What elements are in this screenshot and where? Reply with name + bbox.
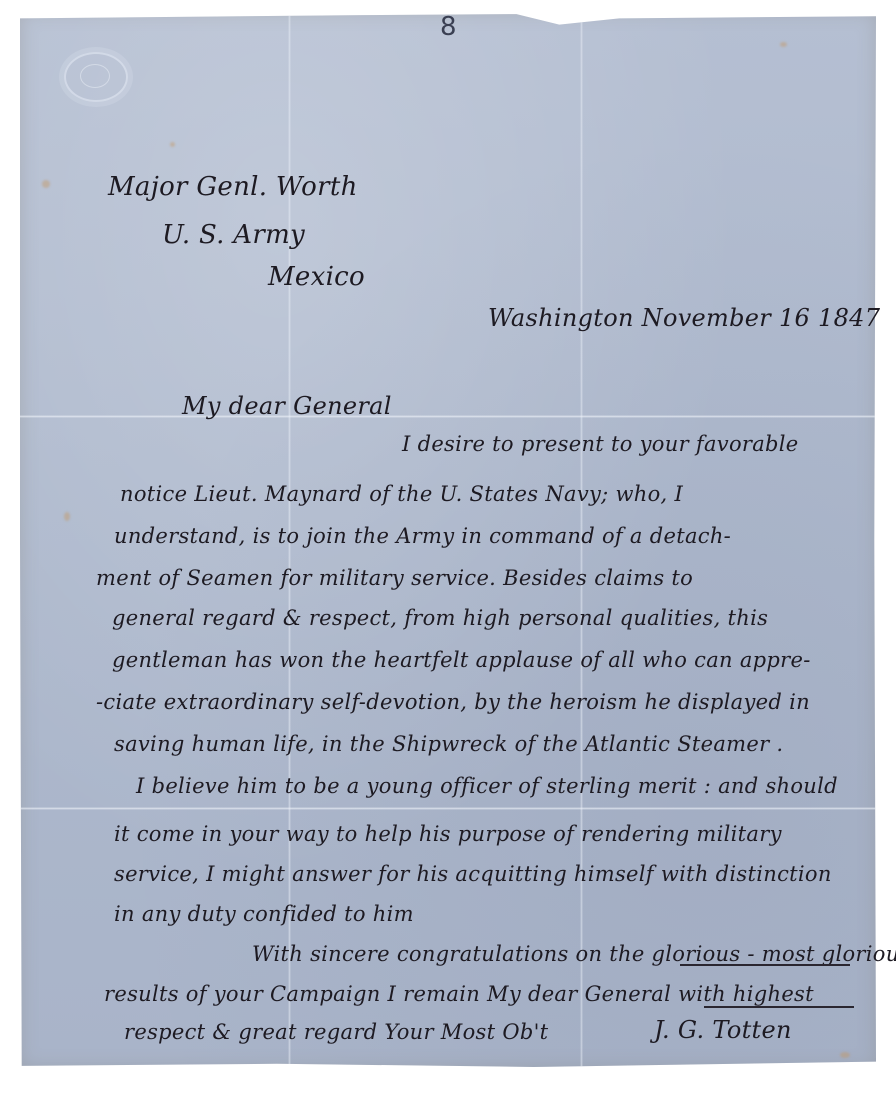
foxing-stain — [170, 142, 175, 147]
emphasis-underline — [704, 1006, 854, 1008]
body-line: ment of Seamen for military service. Bes… — [96, 566, 693, 590]
closing-line: respect & great regard Your Most Ob't — [124, 1020, 548, 1044]
body-line: gentleman has won the heartfelt applause… — [112, 648, 811, 672]
body-line: With sincere congratulations on the glor… — [252, 942, 896, 966]
page-number: 8 — [440, 12, 457, 42]
addressee-rank-unit: U. S. Army — [162, 220, 305, 250]
horizontal-fold-crease — [20, 807, 876, 810]
embossed-stationer-seal-icon — [64, 52, 128, 102]
body-line: it come in your way to help his purpose … — [114, 822, 782, 846]
horizontal-fold-crease — [20, 415, 876, 418]
salutation: My dear General — [182, 392, 392, 420]
body-line: in any duty confided to him — [114, 902, 414, 926]
foxing-stain — [64, 512, 70, 521]
foxing-stain — [780, 42, 787, 47]
body-line: saving human life, in the Shipwreck of t… — [114, 732, 783, 756]
foxing-stain — [840, 1052, 850, 1058]
emphasis-underline — [680, 964, 850, 966]
addressee-location: Mexico — [268, 262, 365, 292]
body-line: I believe him to be a young officer of s… — [136, 774, 838, 798]
body-line: I desire to present to your favorable — [402, 432, 799, 456]
body-line: service, I might answer for his acquitti… — [114, 862, 832, 886]
signature: J. G. Totten — [654, 1016, 792, 1044]
body-line: understand, is to join the Army in comma… — [114, 524, 731, 548]
body-line: results of your Campaign I remain My dea… — [104, 982, 814, 1006]
body-line: general regard & respect, from high pers… — [112, 606, 768, 630]
dateline: Washington November 16 1847 — [488, 304, 880, 332]
body-line: notice Lieut. Maynard of the U. States N… — [120, 482, 683, 506]
foxing-stain — [42, 180, 50, 188]
body-line: -ciate extraordinary self-devotion, by t… — [96, 690, 810, 714]
addressee-name: Major Genl. Worth — [108, 172, 358, 202]
